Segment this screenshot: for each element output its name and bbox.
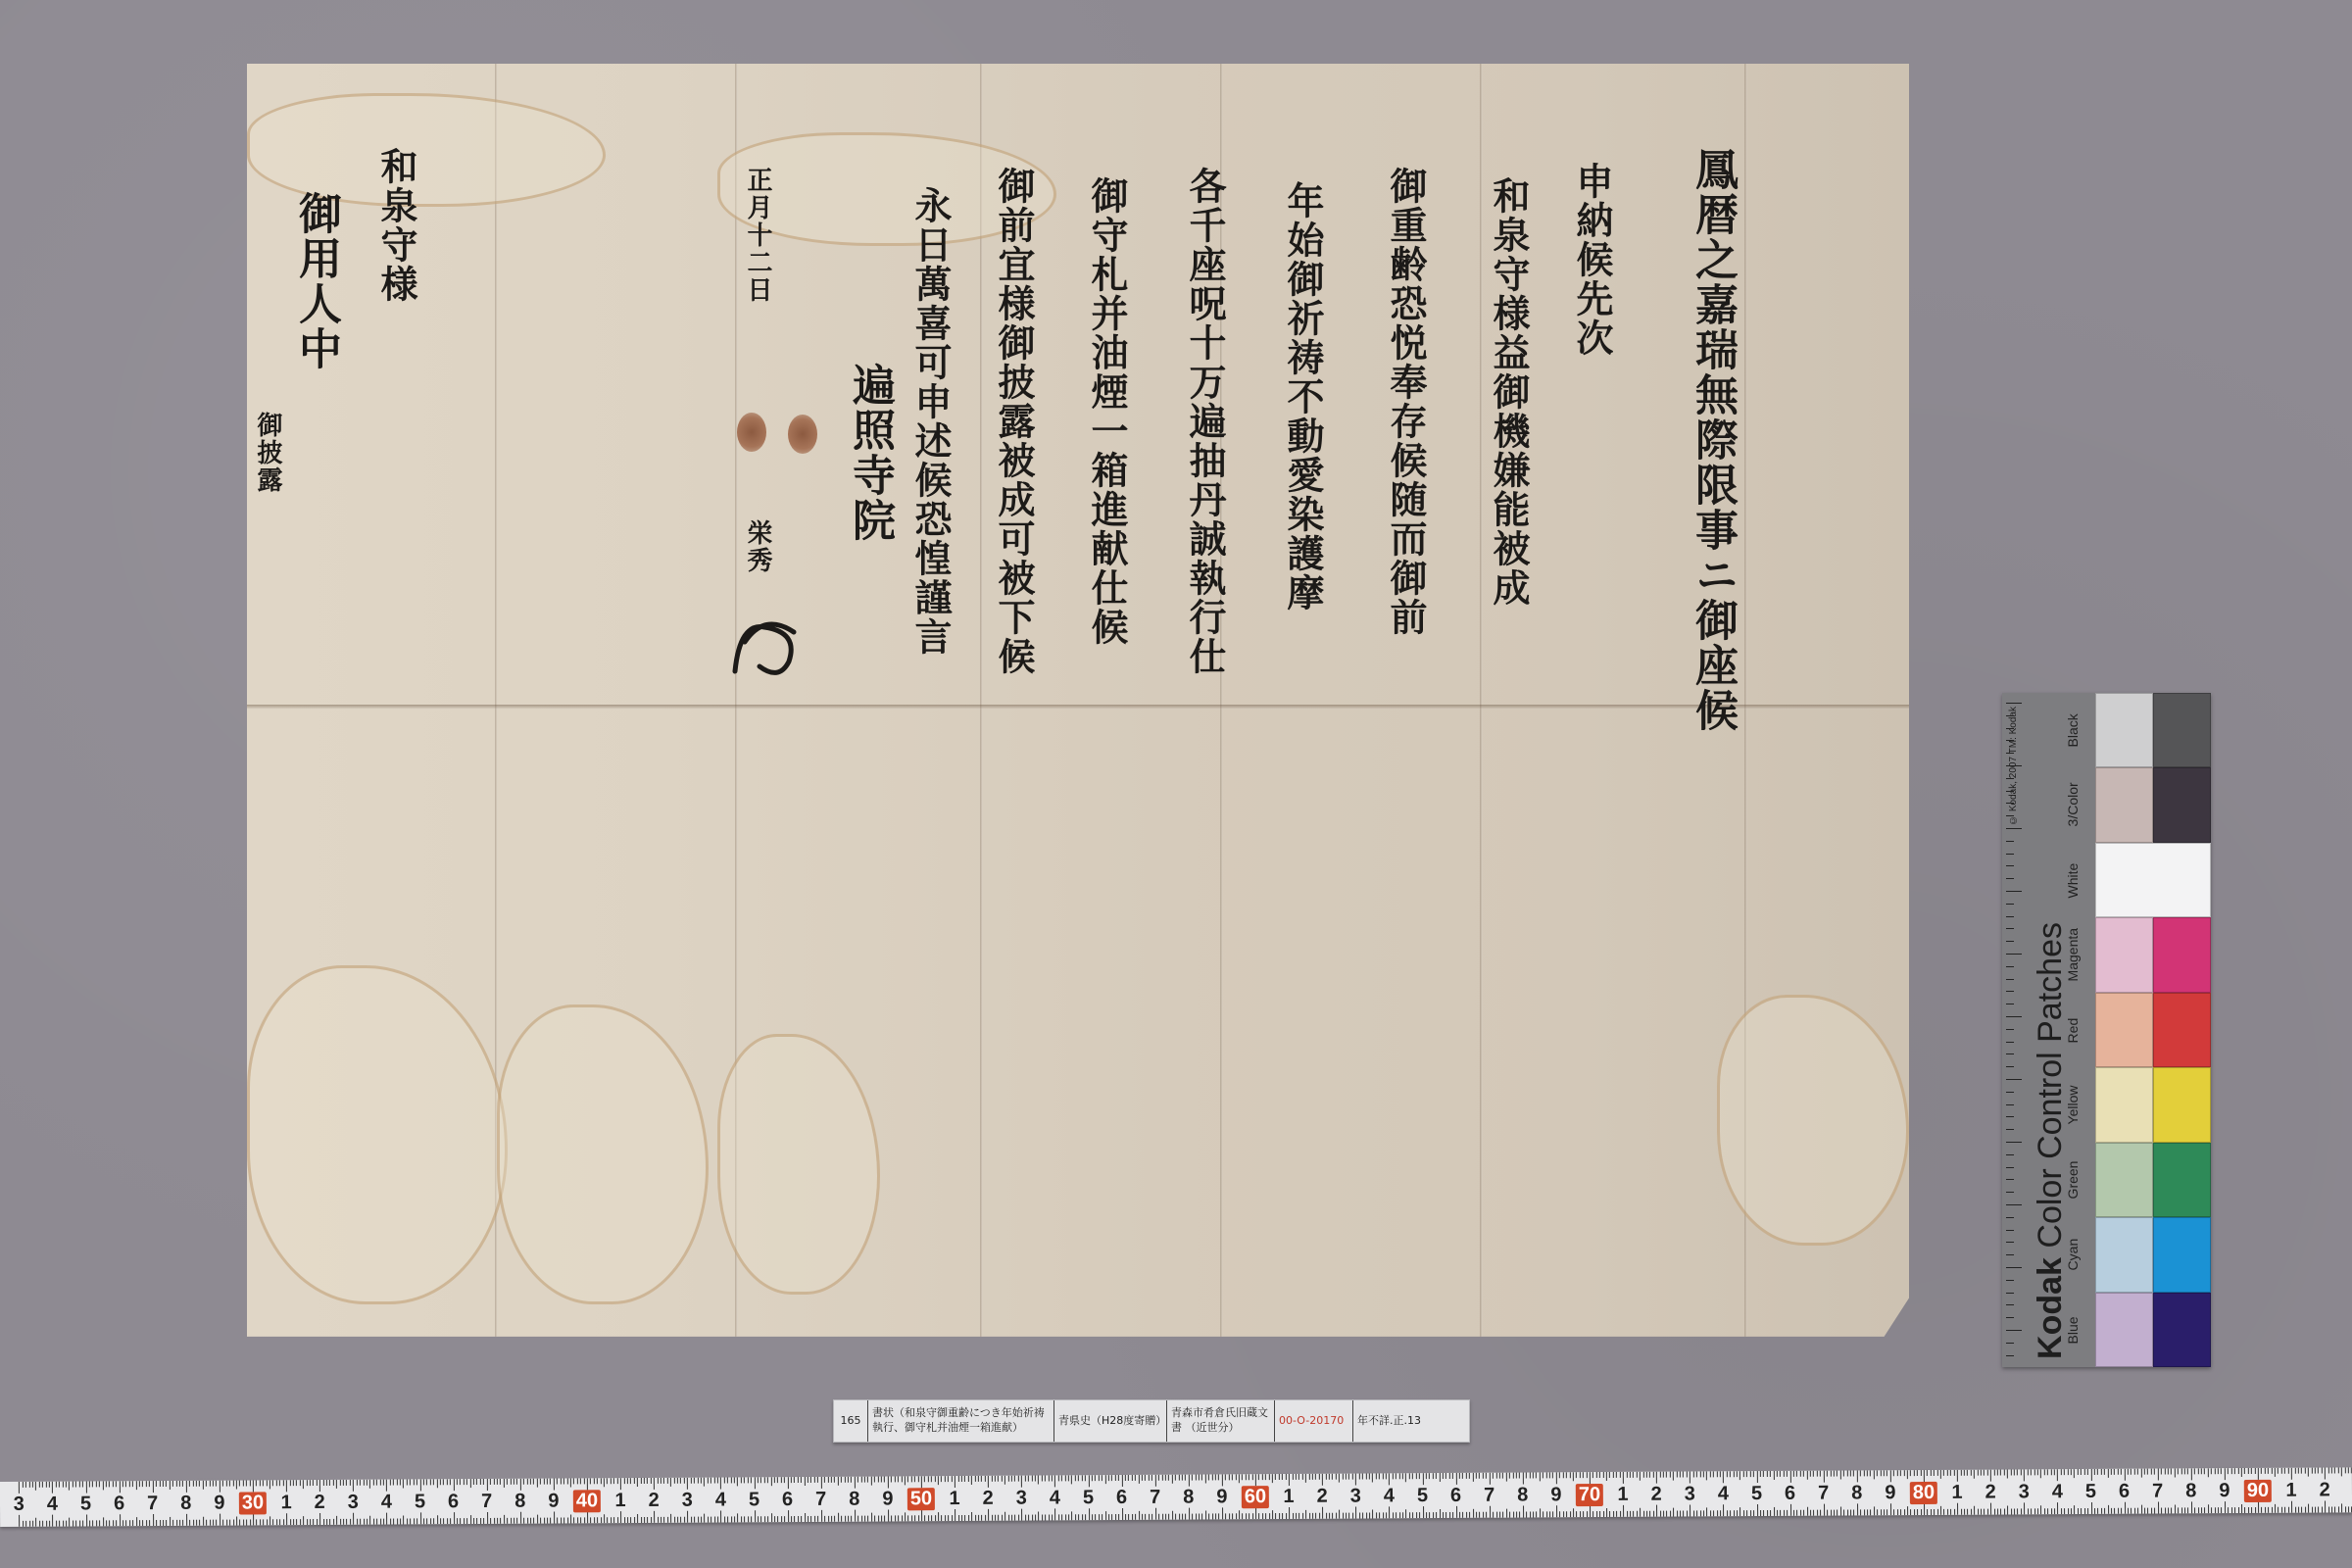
ruler-tick	[1827, 1510, 1828, 1516]
ruler-tick	[2305, 1468, 2306, 1474]
ruler-tick	[419, 1479, 420, 1491]
ruler-tick	[767, 1516, 768, 1522]
ruler-tick	[798, 1516, 799, 1522]
ruler-tick	[1803, 1510, 1804, 1516]
ruler-tick	[1623, 1505, 1624, 1517]
ruler-tick	[92, 1481, 93, 1487]
ruler-tick	[1258, 1513, 1259, 1519]
ruler-tick	[751, 1477, 752, 1483]
ruler-tick	[99, 1481, 100, 1487]
ruler-tick	[176, 1520, 177, 1526]
ruler-tick	[1843, 1510, 1844, 1516]
inch-scale-tick	[2006, 979, 2014, 980]
ruler-tick	[330, 1519, 331, 1525]
inch-scale-tick	[2006, 878, 2014, 879]
ruler-tick	[153, 1514, 154, 1526]
ruler-tick	[1118, 1514, 1119, 1520]
ruler-tick	[1025, 1476, 1026, 1482]
ruler-tick	[995, 1476, 996, 1482]
ruler-tick	[1028, 1515, 1029, 1521]
ruler-tick	[19, 1482, 20, 1494]
ruler-tick	[1402, 1512, 1403, 1518]
ruler-tick	[1921, 1509, 1922, 1515]
ruler-tick	[848, 1516, 849, 1522]
ruler-tick	[1750, 1510, 1751, 1516]
ruler-tick	[1556, 1472, 1557, 1484]
ruler-tick	[189, 1481, 190, 1487]
ruler-tick	[2194, 1468, 2195, 1474]
ruler-tick	[2168, 1468, 2169, 1474]
patch-magenta-dark	[2153, 917, 2211, 992]
ruler-tick	[1663, 1472, 1664, 1478]
ruler-tick	[1523, 1506, 1524, 1518]
ruler-tick	[1142, 1514, 1143, 1520]
ruler-tick	[2114, 1469, 2115, 1475]
ruler-tick	[222, 1520, 223, 1526]
ruler-tick	[918, 1515, 919, 1521]
ruler-tick	[957, 1476, 958, 1482]
ruler-tick	[1476, 1473, 1477, 1479]
ruler-tick	[784, 1516, 785, 1522]
ruler-tick	[1383, 1512, 1384, 1518]
ruler-tick	[226, 1520, 227, 1526]
ruler-tick	[35, 1482, 36, 1491]
ruler-tick	[1917, 1509, 1918, 1515]
ruler-tick	[1673, 1508, 1674, 1517]
ruler-tick	[1774, 1507, 1775, 1516]
ruler-tick	[2214, 1468, 2215, 1474]
water-stain	[1717, 995, 1909, 1246]
ruler-tick	[691, 1517, 692, 1523]
ruler-tick	[1653, 1511, 1654, 1517]
ruler-tick	[1603, 1511, 1604, 1517]
inch-scale-tick	[2006, 1104, 2014, 1105]
ruler-tick	[1064, 1475, 1065, 1481]
ruler-tick	[788, 1510, 789, 1522]
ruler-tick	[2090, 1469, 2091, 1481]
ruler-tick	[1734, 1510, 1735, 1516]
ruler-tick	[1365, 1473, 1366, 1479]
ruler-tick	[901, 1476, 902, 1482]
ruler-tick	[1820, 1471, 1821, 1477]
ruler-tick	[307, 1519, 308, 1525]
ruler-tick	[1052, 1475, 1053, 1481]
ruler-tick	[1606, 1508, 1607, 1517]
ruler-tick	[1472, 1473, 1473, 1482]
ruler-tick	[410, 1479, 411, 1485]
ruler-tick	[767, 1477, 768, 1483]
ruler-tick	[1018, 1476, 1019, 1482]
ruler-tick	[2244, 1468, 2245, 1474]
ruler-tick	[1950, 1470, 1951, 1476]
ruler-tick	[2328, 1506, 2329, 1512]
ruler-tick	[1158, 1514, 1159, 1520]
ruler-tick	[1743, 1471, 1744, 1477]
ruler-tick	[504, 1515, 505, 1524]
ruler-tick	[1332, 1474, 1333, 1480]
ruler-tick	[1526, 1472, 1527, 1478]
ruler-tick	[580, 1478, 581, 1484]
ruler-tick	[651, 1478, 652, 1484]
ruler-tick	[2325, 1501, 2326, 1513]
ruler-tick	[1175, 1514, 1176, 1520]
letter-column-c2: 申納候先次	[1573, 162, 1610, 358]
catalog-label: 165 書状（和泉守御重齢につき年始祈祷執行、御守札并油煙一箱進献） 青県史（H…	[833, 1399, 1470, 1443]
letter-column-c14: 御用人中	[294, 191, 337, 371]
ruler-tick	[1666, 1472, 1667, 1478]
ruler-tick	[851, 1477, 852, 1483]
ruler-tick	[2261, 1468, 2262, 1474]
ruler-tick	[263, 1480, 264, 1486]
ruler-tick	[608, 1517, 609, 1523]
ruler-tick	[303, 1480, 304, 1489]
ruler-tick	[192, 1481, 193, 1487]
ruler-tick	[1007, 1476, 1008, 1482]
ruler-tick	[82, 1481, 83, 1487]
ruler-tick	[426, 1518, 427, 1524]
inch-scale-tick	[2006, 1016, 2022, 1017]
ruler-tick	[56, 1482, 57, 1488]
ruler-tick	[1211, 1474, 1212, 1480]
ruler-tick	[888, 1509, 889, 1521]
ruler-tick	[1068, 1514, 1069, 1520]
ruler-tick	[2024, 1469, 2025, 1481]
ruler-tick	[466, 1479, 467, 1485]
ruler-tick	[222, 1481, 223, 1487]
ruler-tick	[1760, 1471, 1761, 1477]
ruler-tick	[1002, 1476, 1003, 1482]
ruler-tick	[516, 1479, 517, 1485]
ruler-tick	[1576, 1511, 1577, 1517]
ruler-tick	[470, 1515, 471, 1524]
ruler-tick	[1490, 1506, 1491, 1518]
ruler-tick	[1135, 1514, 1136, 1520]
ruler-tick	[2024, 1502, 2025, 1514]
ruler-tick	[109, 1481, 110, 1487]
ruler-tick	[153, 1481, 154, 1493]
ruler-tick	[2175, 1504, 2176, 1513]
ruler-tick	[1379, 1512, 1380, 1518]
ruler-tick	[516, 1518, 517, 1524]
ruler-tick	[1456, 1506, 1457, 1518]
ruler-tick	[1533, 1472, 1534, 1478]
ruler-tick	[2218, 1468, 2219, 1474]
ruler-tick	[333, 1480, 334, 1486]
ruler-tick	[1777, 1471, 1778, 1477]
ruler-tick	[1509, 1512, 1510, 1518]
ruler-tick	[457, 1518, 458, 1524]
ruler-tick	[928, 1515, 929, 1521]
ruler-tick	[1362, 1513, 1363, 1519]
ruler-tick	[1756, 1471, 1757, 1483]
ruler-tick	[430, 1518, 431, 1524]
ruler-tick	[2111, 1469, 2112, 1475]
ruler-tick	[898, 1515, 899, 1521]
ruler-tick	[2348, 1506, 2349, 1512]
ruler-tick	[1793, 1510, 1794, 1516]
ruler-tick	[1590, 1505, 1591, 1517]
ruler-tick	[2054, 1508, 2055, 1514]
ruler-tick	[867, 1477, 868, 1483]
ruler-tick	[827, 1477, 828, 1483]
ruler-tick	[1586, 1472, 1587, 1478]
ruler-tick	[537, 1479, 538, 1488]
ruler-tick	[1559, 1511, 1560, 1517]
ruler-tick	[507, 1518, 508, 1524]
ruler-tick	[1596, 1511, 1597, 1517]
ruler-label: 7	[481, 1491, 492, 1513]
ruler-tick	[199, 1481, 200, 1487]
ruler-tick	[1389, 1473, 1390, 1485]
ruler-tick	[1834, 1471, 1835, 1477]
ruler-tick	[2181, 1507, 2182, 1513]
ruler-tick	[1372, 1473, 1373, 1482]
ruler-label: 3	[348, 1492, 359, 1514]
ruler-tick	[2137, 1508, 2138, 1514]
ruler-tick	[523, 1518, 524, 1524]
patch-red-dark	[2153, 993, 2211, 1067]
ruler-tick	[698, 1517, 699, 1523]
ruler-tick	[934, 1476, 935, 1482]
ruler-tick	[2108, 1505, 2109, 1514]
ruler-tick	[2194, 1507, 2195, 1513]
ruler-tick	[2011, 1508, 2012, 1514]
ruler-label: 1	[2285, 1480, 2296, 1502]
ruler-tick	[1045, 1475, 1046, 1481]
ruler-tick	[1469, 1512, 1470, 1518]
ruler-tick	[1796, 1471, 1797, 1477]
ruler-tick	[1592, 1511, 1593, 1517]
ruler-major-label: 80	[1910, 1482, 1937, 1504]
ruler-tick	[2044, 1508, 2045, 1514]
ruler-tick	[2118, 1469, 2119, 1475]
ruler-tick	[1342, 1474, 1343, 1480]
ruler-tick	[794, 1477, 795, 1483]
ruler-tick	[2208, 1468, 2209, 1477]
ruler-tick	[1737, 1471, 1738, 1477]
ruler-tick	[1495, 1473, 1496, 1479]
ruler-tick	[801, 1477, 802, 1483]
ruler-tick	[1984, 1509, 1984, 1515]
ruler-tick	[1843, 1471, 1844, 1477]
ruler-tick	[92, 1520, 93, 1526]
ruler-tick	[1957, 1470, 1958, 1482]
ruler-label: 4	[1050, 1487, 1060, 1509]
ruler-tick	[86, 1514, 87, 1526]
ruler-tick	[2308, 1468, 2309, 1477]
ruler-tick	[2275, 1468, 2276, 1477]
ruler-tick	[533, 1479, 534, 1485]
ruler-tick	[350, 1480, 351, 1486]
ruler-tick	[590, 1517, 591, 1523]
ruler-tick	[2178, 1507, 2179, 1513]
ruler-tick	[1151, 1475, 1152, 1481]
ruler-tick	[878, 1516, 879, 1522]
ruler-tick	[587, 1511, 588, 1523]
ruler-tick	[530, 1518, 531, 1524]
ruler-tick	[1348, 1474, 1349, 1480]
ruler-tick	[494, 1518, 495, 1524]
ruler-tick	[764, 1477, 765, 1483]
ruler-tick	[1302, 1513, 1303, 1519]
ruler-tick	[2225, 1468, 2226, 1480]
ruler-tick	[1359, 1513, 1360, 1519]
ruler-tick	[831, 1516, 832, 1522]
ruler-tick	[2325, 1468, 2326, 1480]
ruler-tick	[971, 1512, 972, 1521]
ruler-tick	[1289, 1507, 1290, 1519]
patch-label: Cyan	[2065, 1217, 2092, 1292]
ruler-tick	[2322, 1507, 2323, 1513]
ruler-tick	[170, 1481, 171, 1490]
ruler-tick	[450, 1518, 451, 1524]
ruler-tick	[400, 1480, 401, 1486]
ruler-tick	[975, 1515, 976, 1521]
patch-label: Black	[2065, 693, 2092, 767]
ruler-tick	[2258, 1468, 2259, 1480]
ruler-tick	[551, 1518, 552, 1524]
ruler-tick	[1931, 1509, 1932, 1515]
inch-scale-tick	[2006, 1142, 2022, 1143]
ruler-tick	[1466, 1473, 1467, 1479]
ruler-tick	[841, 1477, 842, 1483]
ruler-tick	[2074, 1505, 2075, 1514]
inch-scale-tick	[2006, 891, 2022, 892]
ruler-tick	[2241, 1504, 2242, 1513]
ruler-tick	[1455, 1473, 1456, 1485]
ruler-tick	[1536, 1472, 1537, 1478]
ruler-tick	[2151, 1469, 2152, 1475]
ruler-tick	[1229, 1513, 1230, 1519]
ruler-tick	[2334, 1506, 2335, 1512]
ruler-tick	[1165, 1475, 1166, 1481]
ruler-tick	[570, 1478, 571, 1487]
ruler-tick	[981, 1476, 982, 1482]
ruler-tick	[2071, 1469, 2072, 1475]
inch-scale-tick	[2006, 1304, 2014, 1305]
ruler-label: 6	[448, 1491, 459, 1513]
ruler-tick	[1366, 1512, 1367, 1518]
ruler-tick	[367, 1480, 367, 1486]
ruler-tick	[376, 1480, 377, 1486]
ruler-tick	[132, 1481, 133, 1487]
ruler-tick	[1162, 1514, 1163, 1520]
ruler-tick	[851, 1516, 852, 1522]
historical-letter-paper	[247, 64, 1909, 1349]
ruler-tick	[1496, 1512, 1497, 1518]
ruler-tick	[1713, 1510, 1714, 1516]
ruler-tick	[1011, 1515, 1012, 1521]
ruler-tick	[2238, 1507, 2239, 1513]
ruler-tick	[1824, 1471, 1825, 1483]
patch-label: 3/Color	[2065, 767, 2092, 842]
ruler-tick	[2000, 1470, 2001, 1476]
ruler-tick	[1108, 1475, 1109, 1481]
ruler-tick	[2288, 1468, 2289, 1474]
ruler-tick	[754, 1477, 755, 1489]
ruler-tick	[1262, 1513, 1263, 1519]
ruler-tick	[149, 1481, 150, 1487]
ruler-tick	[360, 1519, 361, 1525]
ruler-tick	[748, 1477, 749, 1483]
ruler-tick	[798, 1477, 799, 1483]
ruler-tick	[66, 1482, 67, 1488]
ruler-tick	[2341, 1467, 2342, 1476]
ruler-tick	[520, 1512, 521, 1524]
ruler-tick	[1620, 1511, 1621, 1517]
ruler-tick	[1613, 1511, 1614, 1517]
ruler-tick	[217, 1520, 218, 1526]
ruler-tick	[1393, 1473, 1394, 1479]
ruler-tick	[971, 1476, 972, 1485]
ruler-tick	[2161, 1508, 2162, 1514]
ruler-tick	[2327, 1467, 2328, 1473]
ruler-tick	[1964, 1509, 1965, 1515]
ruler-tick	[514, 1479, 514, 1485]
ruler-tick	[945, 1476, 946, 1482]
ruler-tick	[1602, 1472, 1603, 1478]
ruler-tick	[1111, 1475, 1112, 1481]
ruler-tick	[2067, 1469, 2068, 1475]
ruler-tick	[2301, 1468, 2302, 1474]
ruler-tick	[905, 1512, 906, 1521]
ruler-tick	[1616, 1472, 1617, 1478]
ruler-tick	[96, 1520, 97, 1526]
ruler-tick	[1924, 1503, 1925, 1515]
ruler-tick	[42, 1482, 43, 1488]
ruler-tick	[2158, 1502, 2159, 1514]
ruler-tick	[2121, 1508, 2122, 1514]
ruler-tick	[1122, 1508, 1123, 1520]
ruler-tick	[1372, 1509, 1373, 1518]
ruler-tick	[1336, 1474, 1337, 1480]
ruler-tick	[2144, 1469, 2145, 1475]
ruler-tick	[490, 1479, 491, 1485]
ruler-tick	[1155, 1475, 1156, 1487]
ruler-tick	[597, 1517, 598, 1523]
ruler-tick	[246, 1519, 247, 1525]
inch-scale-tick	[2006, 1129, 2014, 1130]
ruler-tick	[2315, 1468, 2316, 1474]
ruler-tick	[1587, 1511, 1588, 1517]
ruler-tick	[437, 1515, 438, 1524]
ruler-tick	[1583, 1511, 1584, 1517]
ruler-tick	[791, 1516, 792, 1522]
ruler-tick	[2125, 1502, 2126, 1514]
ruler-tick	[2134, 1508, 2135, 1514]
ruler-tick	[758, 1516, 759, 1522]
ruler-tick	[1626, 1472, 1627, 1478]
ruler-tick	[2344, 1467, 2345, 1473]
ruler-tick	[476, 1479, 477, 1485]
ruler-tick	[2284, 1507, 2285, 1513]
ruler-tick	[577, 1478, 578, 1484]
ruler-tick	[1800, 1510, 1801, 1516]
ruler-tick	[203, 1481, 204, 1490]
ruler-tick	[1439, 1473, 1440, 1482]
ruler-tick	[353, 1480, 354, 1492]
ruler-tick	[999, 1515, 1000, 1521]
ruler-tick	[163, 1520, 164, 1526]
ruler-tick	[968, 1476, 969, 1482]
ruler-tick	[1042, 1515, 1043, 1521]
ruler-tick	[2140, 1469, 2141, 1478]
ruler-tick	[1502, 1512, 1503, 1518]
ruler-tick	[1506, 1509, 1507, 1518]
ruler-tick	[1847, 1509, 1848, 1515]
ruler-tick	[1289, 1474, 1290, 1486]
ruler-tick	[1032, 1515, 1033, 1521]
